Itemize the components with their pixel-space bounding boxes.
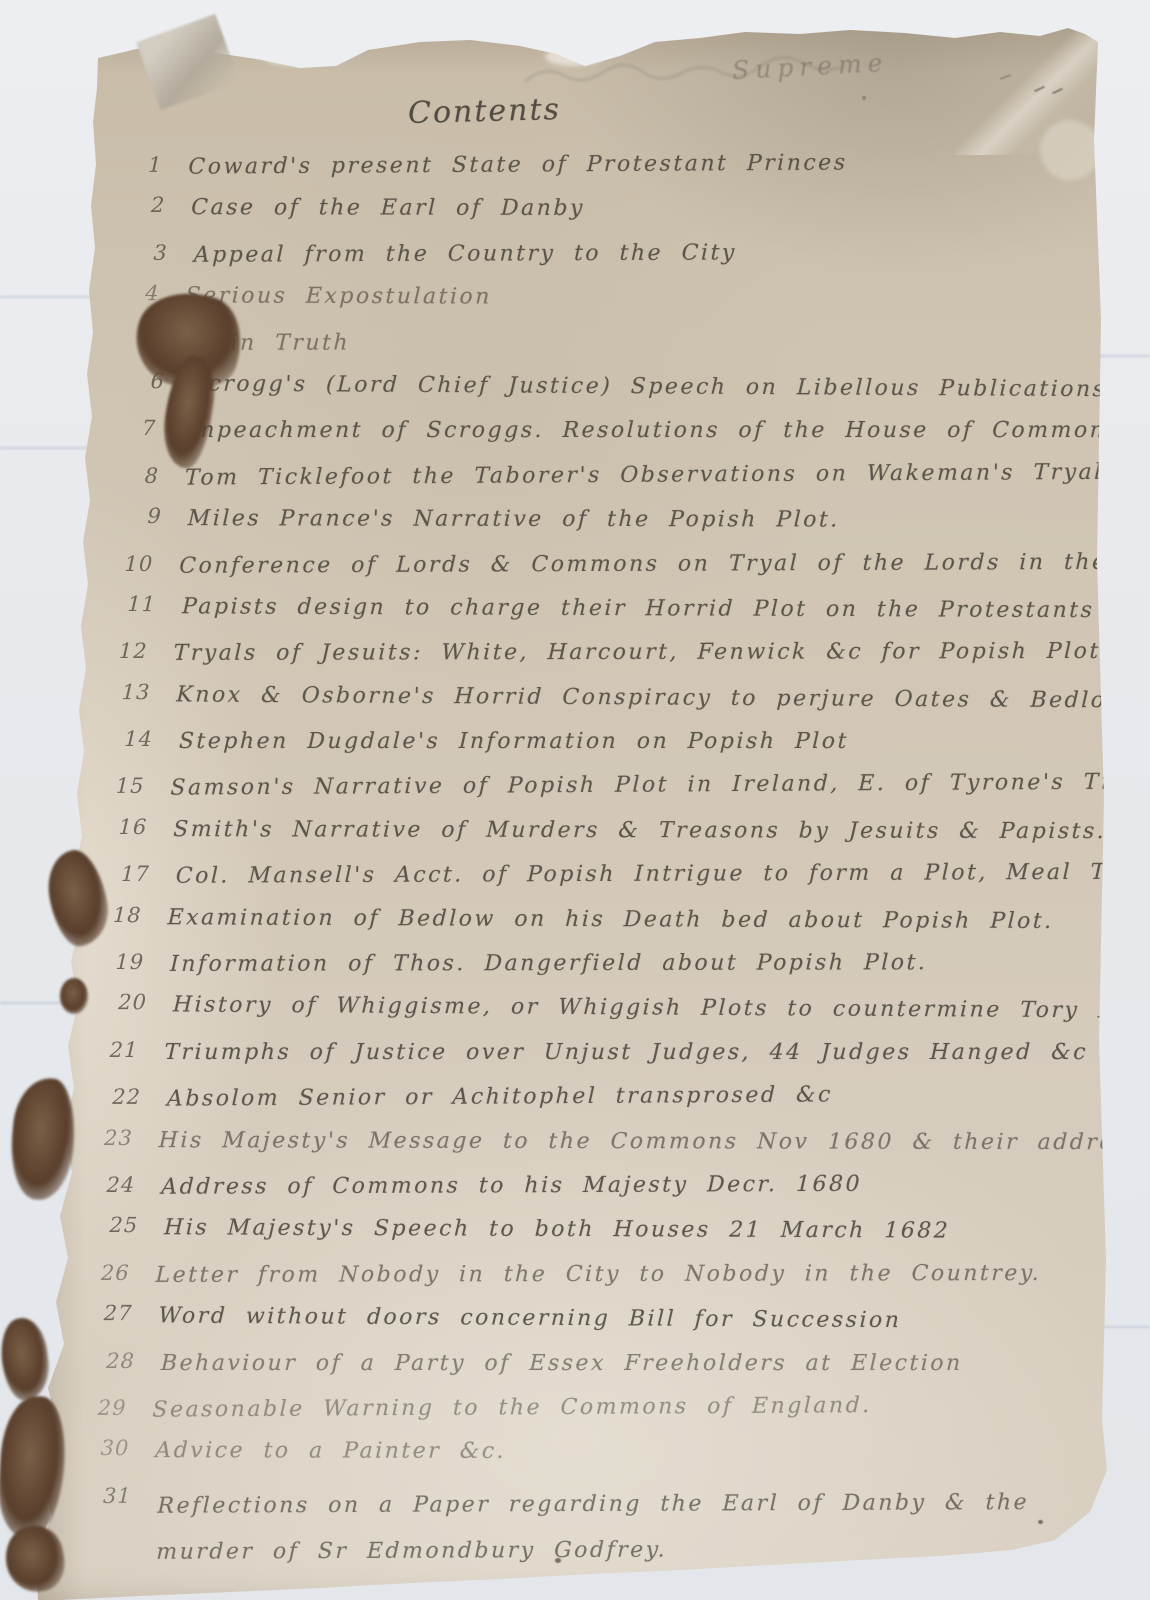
entry-number: 23 xyxy=(66,1126,137,1150)
ink-speck xyxy=(1038,1520,1043,1524)
binding-remnant xyxy=(0,1315,53,1403)
entry-text: Coward's present State of Protestant Pri… xyxy=(188,148,848,182)
contents-entry: 23His Majesty's Message to the Commons N… xyxy=(66,1126,1072,1172)
contents-entry: 29Seasonable Warning to the Commons of E… xyxy=(60,1390,1066,1441)
entry-text: Appeal from the Country to the City xyxy=(193,238,737,270)
torn-edge-patch xyxy=(545,48,603,66)
contents-entry: 17Col. Mansell's Acct. of Popish Intrigu… xyxy=(83,858,1089,907)
entry-text: Reflections on a Paper regarding the Ear… xyxy=(156,1480,1039,1576)
contents-entry: 31Reflections on a Paper regarding the E… xyxy=(64,1480,1072,1576)
entry-number: 25 xyxy=(72,1213,143,1237)
entry-number: 30 xyxy=(63,1436,134,1460)
entry-text: Scrogg's (Lord Chief Justice) Speech on … xyxy=(190,369,1107,405)
manuscript-page: Supreme Contents 1Coward's present State… xyxy=(0,0,1150,1600)
contents-entry: 10Conference of Lords & Commons on Tryal… xyxy=(86,547,1092,596)
entry-text: Miles Prance's Narrative of the Popish P… xyxy=(187,504,840,535)
entry-number: 13 xyxy=(84,680,155,704)
entry-number: 16 xyxy=(81,815,152,839)
contents-entry: 4Serious Expostulation xyxy=(93,281,1099,330)
corner-inscription: Supreme xyxy=(731,48,889,85)
contents-entry: 1Coward's present State of Protestant Pr… xyxy=(96,147,1102,198)
contents-entry: 28Behaviour of a Party of Essex Freehold… xyxy=(68,1349,1074,1393)
entry-number: 22 xyxy=(75,1085,146,1109)
contents-entry: 20History of Whiggisme, or Whiggish Plot… xyxy=(80,990,1086,1041)
entry-number: 28 xyxy=(69,1349,140,1373)
contents-entry: 27Word without doors concerning Bill for… xyxy=(65,1301,1071,1352)
entry-number: 27 xyxy=(66,1301,137,1325)
backing-crease xyxy=(1098,355,1150,357)
entry-number: 7 xyxy=(90,416,161,440)
contents-entry: 6Scrogg's (Lord Chief Justice) Speech on… xyxy=(98,369,1104,420)
entry-text: Samson's Narrative of Popish Plot in Ire… xyxy=(170,768,1150,804)
entry-text: Examination of Bedlow on his Death bed a… xyxy=(167,903,1054,937)
backing-crease xyxy=(0,447,88,449)
entry-number: 31 xyxy=(65,1484,136,1508)
entry-text: Conference of Lords & Commons on Tryal o… xyxy=(179,547,1150,581)
entry-number: 19 xyxy=(78,950,149,974)
entry-number: 2 xyxy=(99,193,170,217)
torn-edge-patch xyxy=(262,46,334,66)
contents-entry: 2Case of the Earl of Danby xyxy=(98,193,1104,239)
contents-entry: 21Triumphs of Justice over Unjust Judges… xyxy=(72,1038,1078,1082)
entry-number: 9 xyxy=(95,504,166,528)
contents-entry: 14Stephen Dugdale's Information on Popis… xyxy=(86,727,1092,771)
entry-number: 12 xyxy=(81,639,152,663)
entry-number: 14 xyxy=(87,727,158,751)
ink-speck xyxy=(555,1558,561,1563)
ink-speck xyxy=(862,96,866,100)
entry-text: Col. Mansell's Acct. of Popish Intrigue … xyxy=(175,858,1150,892)
entry-text: Tom Ticklefoot the Taborer's Observation… xyxy=(185,458,1105,494)
contents-entry: 9Miles Prance's Narrative of the Popish … xyxy=(95,504,1101,550)
entry-number: 24 xyxy=(69,1173,140,1197)
entry-number: 26 xyxy=(63,1261,134,1285)
entry-number: 29 xyxy=(60,1396,131,1420)
torn-edge-patch xyxy=(1040,120,1100,180)
backing-crease xyxy=(1100,1326,1150,1328)
contents-entry: 8Tom Ticklefoot the Taborer's Observatio… xyxy=(92,458,1098,509)
contents-entry: 5Plain Truth xyxy=(95,327,1101,373)
contents-entry: 13Knox & Osborne's Horrid Conspiracy to … xyxy=(83,680,1089,731)
entry-text: Case of the Earl of Danby xyxy=(191,194,586,225)
contents-entry: 18Examination of Bedlow on his Death bed… xyxy=(75,903,1081,952)
entry-number: 8 xyxy=(93,463,164,487)
entry-text: Letter from Nobody in the City to Nobody… xyxy=(155,1259,1042,1291)
entry-text: Stephen Dugdale's Information on Popish … xyxy=(178,727,849,757)
pen-mark xyxy=(1000,74,1011,80)
entry-text: Information of Thos. Dangerfield about P… xyxy=(170,948,928,980)
entry-text: Knox & Osborne's Horrid Conspiracy to pe… xyxy=(176,680,1123,716)
contents-entry: 12Tryals of Jesuits: White, Harcourt, Fe… xyxy=(81,637,1087,683)
entry-text: Triumphs of Justice over Unjust Judges, … xyxy=(164,1038,1089,1068)
contents-entry: 24Address of Commons to his Majesty Decr… xyxy=(68,1169,1074,1218)
entry-text: Papists design to charge their Horrid Pl… xyxy=(182,592,1095,626)
pen-mark xyxy=(1052,88,1063,94)
page-title: Contents xyxy=(408,92,562,131)
entry-text: Word without doors concerning Bill for S… xyxy=(158,1302,902,1337)
binding-remnant xyxy=(60,978,88,1014)
contents-entry: 16Smith's Narrative of Murders & Treason… xyxy=(80,815,1086,861)
contents-entry: 15Samson's Narrative of Popish Plot in I… xyxy=(78,768,1084,819)
contents-entry: 22Absolom Senior or Achitophel transpros… xyxy=(74,1079,1080,1130)
entry-text: History of Whiggisme, or Whiggish Plots … xyxy=(172,991,1150,1028)
corner-crease xyxy=(955,15,1150,155)
backing-crease xyxy=(0,296,95,298)
entry-text: Serious Expostulation xyxy=(185,281,492,312)
entry-number: 20 xyxy=(81,990,152,1014)
entry-text: Advice to a Painter &c. xyxy=(155,1436,507,1467)
contents-entry: 30Advice to a Painter &c. xyxy=(62,1436,1068,1482)
entry-text: Smith's Narrative of Murders & Treasons … xyxy=(173,815,1107,847)
contents-entry: 7Impeachment of Scroggs. Resolutions of … xyxy=(90,416,1096,460)
entry-number: 10 xyxy=(87,551,158,575)
ink-bleedthrough xyxy=(520,52,850,98)
entry-text: Seasonable Warning to the Commons of Eng… xyxy=(152,1391,872,1426)
entry-number: 21 xyxy=(72,1038,143,1062)
pen-mark xyxy=(1034,86,1045,92)
entry-text: Address of Commons to his Majesty Decr. … xyxy=(161,1170,863,1203)
contents-entry: 19Information of Thos. Dangerfield about… xyxy=(77,948,1083,994)
entry-text: Absolom Senior or Achitophel transprosed… xyxy=(167,1081,834,1115)
binding-remnant xyxy=(7,1076,79,1203)
contents-entry: 3Appeal from the Country to the City xyxy=(101,237,1107,286)
entry-number: 11 xyxy=(90,592,161,616)
entry-text: His Majesty's Message to the Commons Nov… xyxy=(158,1126,1150,1158)
entry-text: Behaviour of a Party of Essex Freeholder… xyxy=(160,1349,963,1379)
entry-text: Impeachment of Scroggs. Resolutions of t… xyxy=(182,416,1121,446)
entry-text: Tryals of Jesuits: White, Harcourt, Fenw… xyxy=(173,637,1101,669)
entry-number: 3 xyxy=(102,241,173,265)
backing-crease xyxy=(0,1002,70,1004)
contents-entry: 25His Majesty's Speech to both Houses 21… xyxy=(71,1213,1077,1262)
entry-number: 1 xyxy=(96,153,167,177)
entry-text: His Majesty's Speech to both Houses 21 M… xyxy=(164,1214,951,1247)
contents-entry: 26Letter from Nobody in the City to Nobo… xyxy=(63,1259,1069,1305)
contents-entry: 11Papists design to charge their Horrid … xyxy=(89,592,1095,641)
entry-number: 15 xyxy=(78,774,149,798)
